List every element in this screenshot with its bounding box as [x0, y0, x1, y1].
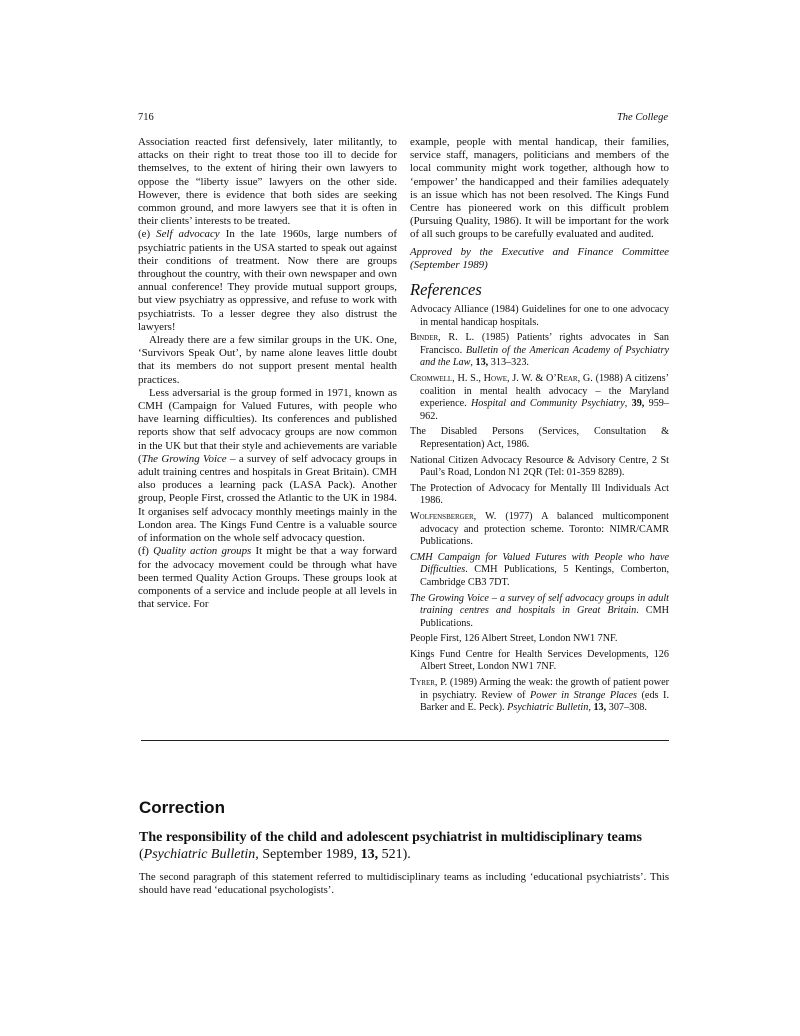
reference-item: Tyrer, P. (1989) Arming the weak: the gr…: [410, 677, 669, 715]
reference-item: The Disabled Persons (Services, Consulta…: [410, 426, 669, 451]
correction-body: The second paragraph of this statement r…: [139, 871, 669, 897]
subheading-quality-action-groups: Quality action groups: [153, 545, 251, 557]
paragraph: example, people with mental handicap, th…: [410, 136, 669, 242]
paragraph: Association reacted first defensively, l…: [138, 136, 397, 228]
approval-note: Approved by the Executive and Finance Co…: [410, 246, 669, 272]
reference-item: Wolfensberger, W. (1977) A balanced mult…: [410, 511, 669, 549]
reference-item: The Protection of Advocacy for Mentally …: [410, 483, 669, 508]
section-title: The College: [617, 112, 668, 123]
reference-item: Advocacy Alliance (1984) Guidelines for …: [410, 304, 669, 329]
correction-heading: Correction: [139, 798, 225, 818]
references-heading: References: [410, 281, 669, 299]
references-list: Advocacy Alliance (1984) Guidelines for …: [410, 304, 669, 715]
section-divider: [141, 740, 669, 741]
paragraph-self-advocacy: (e) Self advocacy In the late 1960s, lar…: [138, 228, 397, 334]
correction-title: The responsibility of the child and adol…: [139, 829, 679, 863]
reference-item: National Citizen Advocacy Resource & Adv…: [410, 455, 669, 480]
paragraph: Less adversarial is the group formed in …: [138, 387, 397, 545]
reference-item: People First, 126 Albert Street, London …: [410, 633, 669, 646]
right-column: example, people with mental handicap, th…: [410, 136, 669, 718]
reference-item: Binder, R. L. (1985) Patients’ rights ad…: [410, 332, 669, 370]
reference-item: CMH Campaign for Valued Futures with Peo…: [410, 552, 669, 590]
left-column: Association reacted first defensively, l…: [138, 136, 397, 611]
subheading-self-advocacy: Self advocacy: [156, 228, 220, 240]
reference-item: The Growing Voice – a survey of self adv…: [410, 593, 669, 631]
reference-item: Cromwell, H. S., Howe, J. W. & O’Rear, G…: [410, 373, 669, 423]
page-number: 716: [138, 112, 154, 123]
running-header: 716 The College: [138, 112, 668, 128]
paragraph: Already there are a few similar groups i…: [138, 334, 397, 387]
reference-item: Kings Fund Centre for Health Services De…: [410, 649, 669, 674]
paragraph-quality-action-groups: (f) Quality action groups It might be th…: [138, 545, 397, 611]
